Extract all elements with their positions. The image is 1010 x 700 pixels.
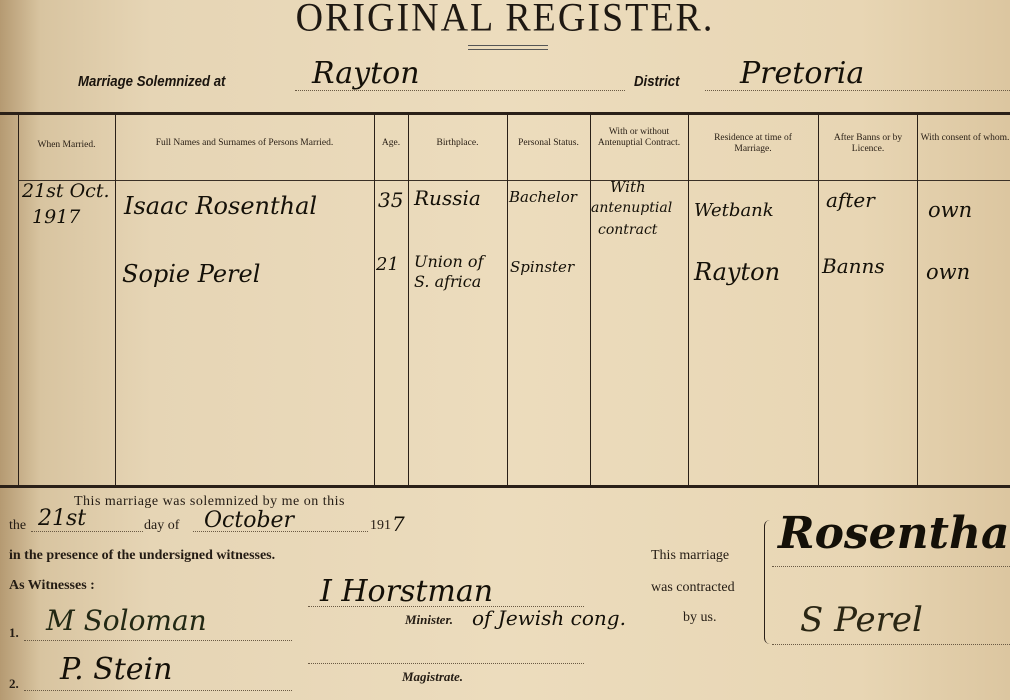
col-header-age: Age.: [374, 138, 408, 149]
the-label: the: [9, 518, 26, 534]
col-line: [688, 112, 689, 485]
col-header-residence: Residence at time of Marriage.: [700, 133, 806, 155]
groom-age: 35: [378, 188, 403, 212]
day-of-label: day of: [144, 518, 179, 534]
contract-line-3: contract: [598, 222, 657, 238]
col-line: [507, 112, 508, 485]
groom-banns: after: [826, 188, 875, 212]
col-line: [590, 112, 591, 485]
contracted-line-2: was contracted: [651, 580, 735, 596]
contract-line-1: With: [610, 178, 646, 196]
bride-name: Sopie Perel: [122, 260, 260, 288]
minister-signature: I Horstman: [320, 574, 493, 609]
contracted-line-1: This marriage: [651, 548, 729, 564]
col-header-personal-status: Personal Status.: [507, 138, 590, 149]
district-value: Pretoria: [740, 56, 864, 91]
party-brace: [764, 520, 773, 644]
register-title: ORIGINAL REGISTER.: [0, 0, 1010, 41]
bride-status: Spinster: [510, 258, 574, 276]
register-table: [0, 112, 1010, 488]
col-header-consent: With consent of whom.: [920, 133, 1010, 144]
bride-birthplace-1: Union of: [414, 252, 483, 271]
solemnized-place: Rayton: [312, 56, 420, 91]
col-line: [917, 112, 918, 485]
witness-2-number: 2.: [9, 676, 19, 692]
party-1-line: [772, 566, 1010, 567]
contract-line-2: antenuptial: [591, 200, 672, 216]
year-prefix: 191: [370, 518, 391, 534]
bride-birthplace-2: S. africa: [414, 272, 481, 291]
year-suffix: 7: [392, 512, 405, 536]
title-divider: [468, 45, 548, 50]
party-2-signature: S Perel: [800, 600, 923, 640]
col-header-antenuptial: With or without Antenuptial Contract.: [596, 127, 682, 149]
col-header-banns: After Banns or by Licence.: [826, 133, 910, 155]
bride-residence: Rayton: [694, 258, 780, 286]
groom-birthplace: Russia: [414, 186, 481, 210]
party-1-signature: Rosenthal: [778, 508, 1010, 559]
col-line: [18, 112, 19, 485]
witness-1-line: [24, 640, 292, 641]
witness-2-line: [24, 690, 292, 691]
contracted-line-3: by us.: [683, 610, 716, 626]
bride-consent: own: [926, 260, 970, 284]
col-header-when-married: When Married.: [18, 140, 115, 151]
witness-1-number: 1.: [9, 625, 19, 641]
minister-label: Minister.: [405, 612, 453, 628]
bride-age: 21: [376, 254, 399, 275]
groom-residence: Wetbank: [694, 200, 774, 221]
when-married-date: 21st Oct.: [22, 180, 110, 202]
col-line: [818, 112, 819, 485]
witness-2-signature: P. Stein: [60, 652, 172, 687]
header-divider: [18, 180, 1010, 181]
col-line: [374, 112, 375, 485]
groom-consent: own: [928, 198, 972, 222]
day-line: [31, 531, 143, 532]
groom-name: Isaac Rosenthal: [124, 192, 317, 220]
bride-banns: Banns: [822, 254, 885, 278]
groom-status: Bachelor: [509, 188, 577, 206]
solemnized-label: Marriage Solemnized at: [78, 73, 225, 90]
presence-statement: in the presence of the undersigned witne…: [9, 548, 275, 564]
col-header-birthplace: Birthplace.: [408, 138, 507, 149]
magistrate-line: [308, 663, 584, 664]
month-value: October: [204, 508, 294, 533]
district-label: District: [634, 73, 679, 90]
col-header-full-names: Full Names and Surnames of Persons Marri…: [115, 138, 374, 149]
day-value: 21st: [38, 506, 86, 531]
magistrate-label: Magistrate.: [402, 669, 463, 685]
party-2-line: [772, 644, 1010, 645]
col-line: [115, 112, 116, 485]
col-line: [408, 112, 409, 485]
minister-suffix: of Jewish cong.: [472, 606, 626, 630]
witnesses-label: As Witnesses :: [9, 578, 95, 594]
when-married-year: 1917: [32, 206, 80, 228]
witness-1-signature: M Soloman: [46, 604, 207, 637]
